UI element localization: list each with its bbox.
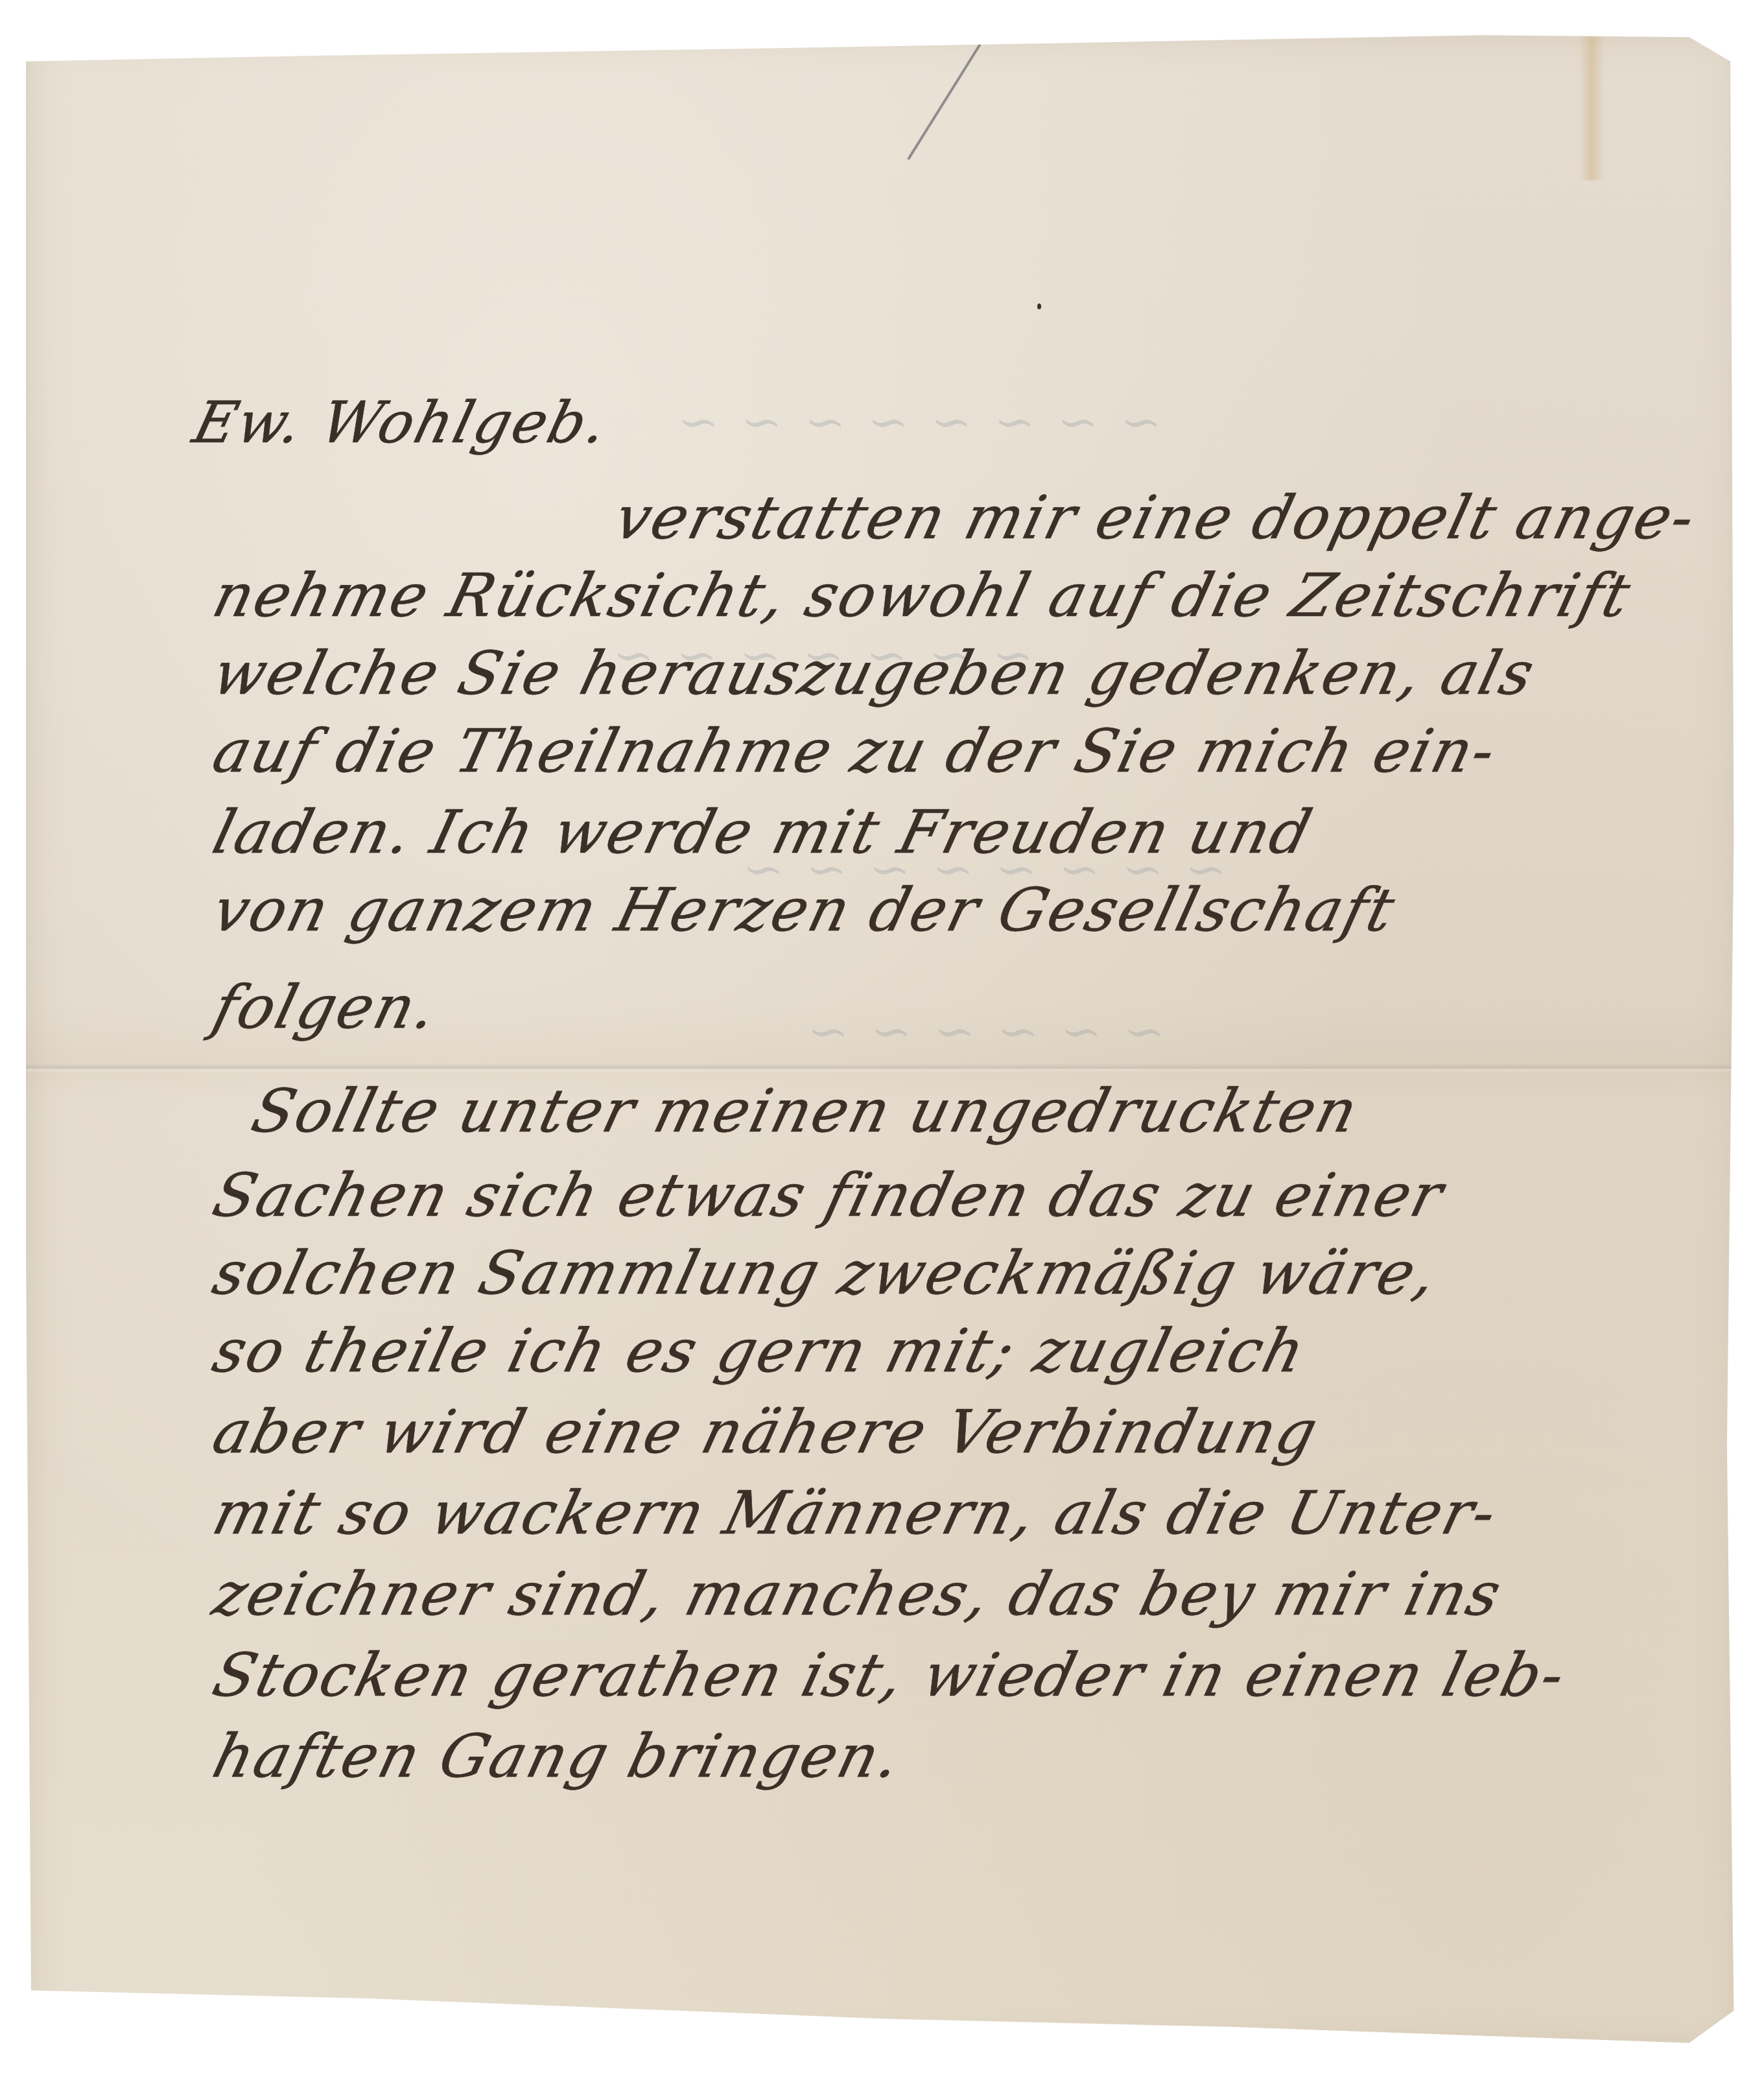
letter-line: mit so wackern Männern, als die Unter- <box>207 1484 1503 1543</box>
letter-line: Stocken gerathen ist, wieder in einen le… <box>207 1646 1572 1705</box>
letter-line: verstatten mir eine doppelt ange- <box>609 488 1702 548</box>
letter-paper: ~ ~ ~ ~ ~ ~ ~ ~ ~ ~ ~ ~ ~ ~ ~ ~ ~ ~ ~ ~ … <box>26 31 1741 2051</box>
letter-line: folgen. <box>207 978 444 1037</box>
letter-body: Ew. Wohlgeb. verstatten mir eine doppelt… <box>26 31 1741 2051</box>
letter-line: Sollte unter meinen ungedruckten <box>246 1082 1365 1141</box>
letter-line: welche Sie herauszugeben gedenken, als <box>207 644 1541 704</box>
letter-line: zeichner sind, manches, das bey mir ins <box>207 1565 1508 1624</box>
letter-line: laden. Ich werde mit Freuden und <box>207 803 1319 862</box>
letter-line: nehme Rücksicht, sowohl auf die Zeitschr… <box>207 566 1638 626</box>
letter-line: solchen Sammlung zweckmäßig wäre, <box>207 1244 1444 1303</box>
letter-line: auf die Theilnahme zu der Sie mich ein- <box>207 722 1503 781</box>
letter-line: haften Gang bringen. <box>207 1727 908 1786</box>
letter-line: Sachen sich etwas finden das zu einer <box>207 1166 1450 1226</box>
letter-line: so theile ich es gern mit; zugleich <box>207 1322 1312 1381</box>
letter-line: von ganzem Herzen der Gesellschaft <box>207 881 1402 940</box>
salutation: Ew. Wohlgeb. <box>188 394 615 451</box>
letter-line: aber wird eine nähere Verbindung <box>207 1403 1324 1462</box>
